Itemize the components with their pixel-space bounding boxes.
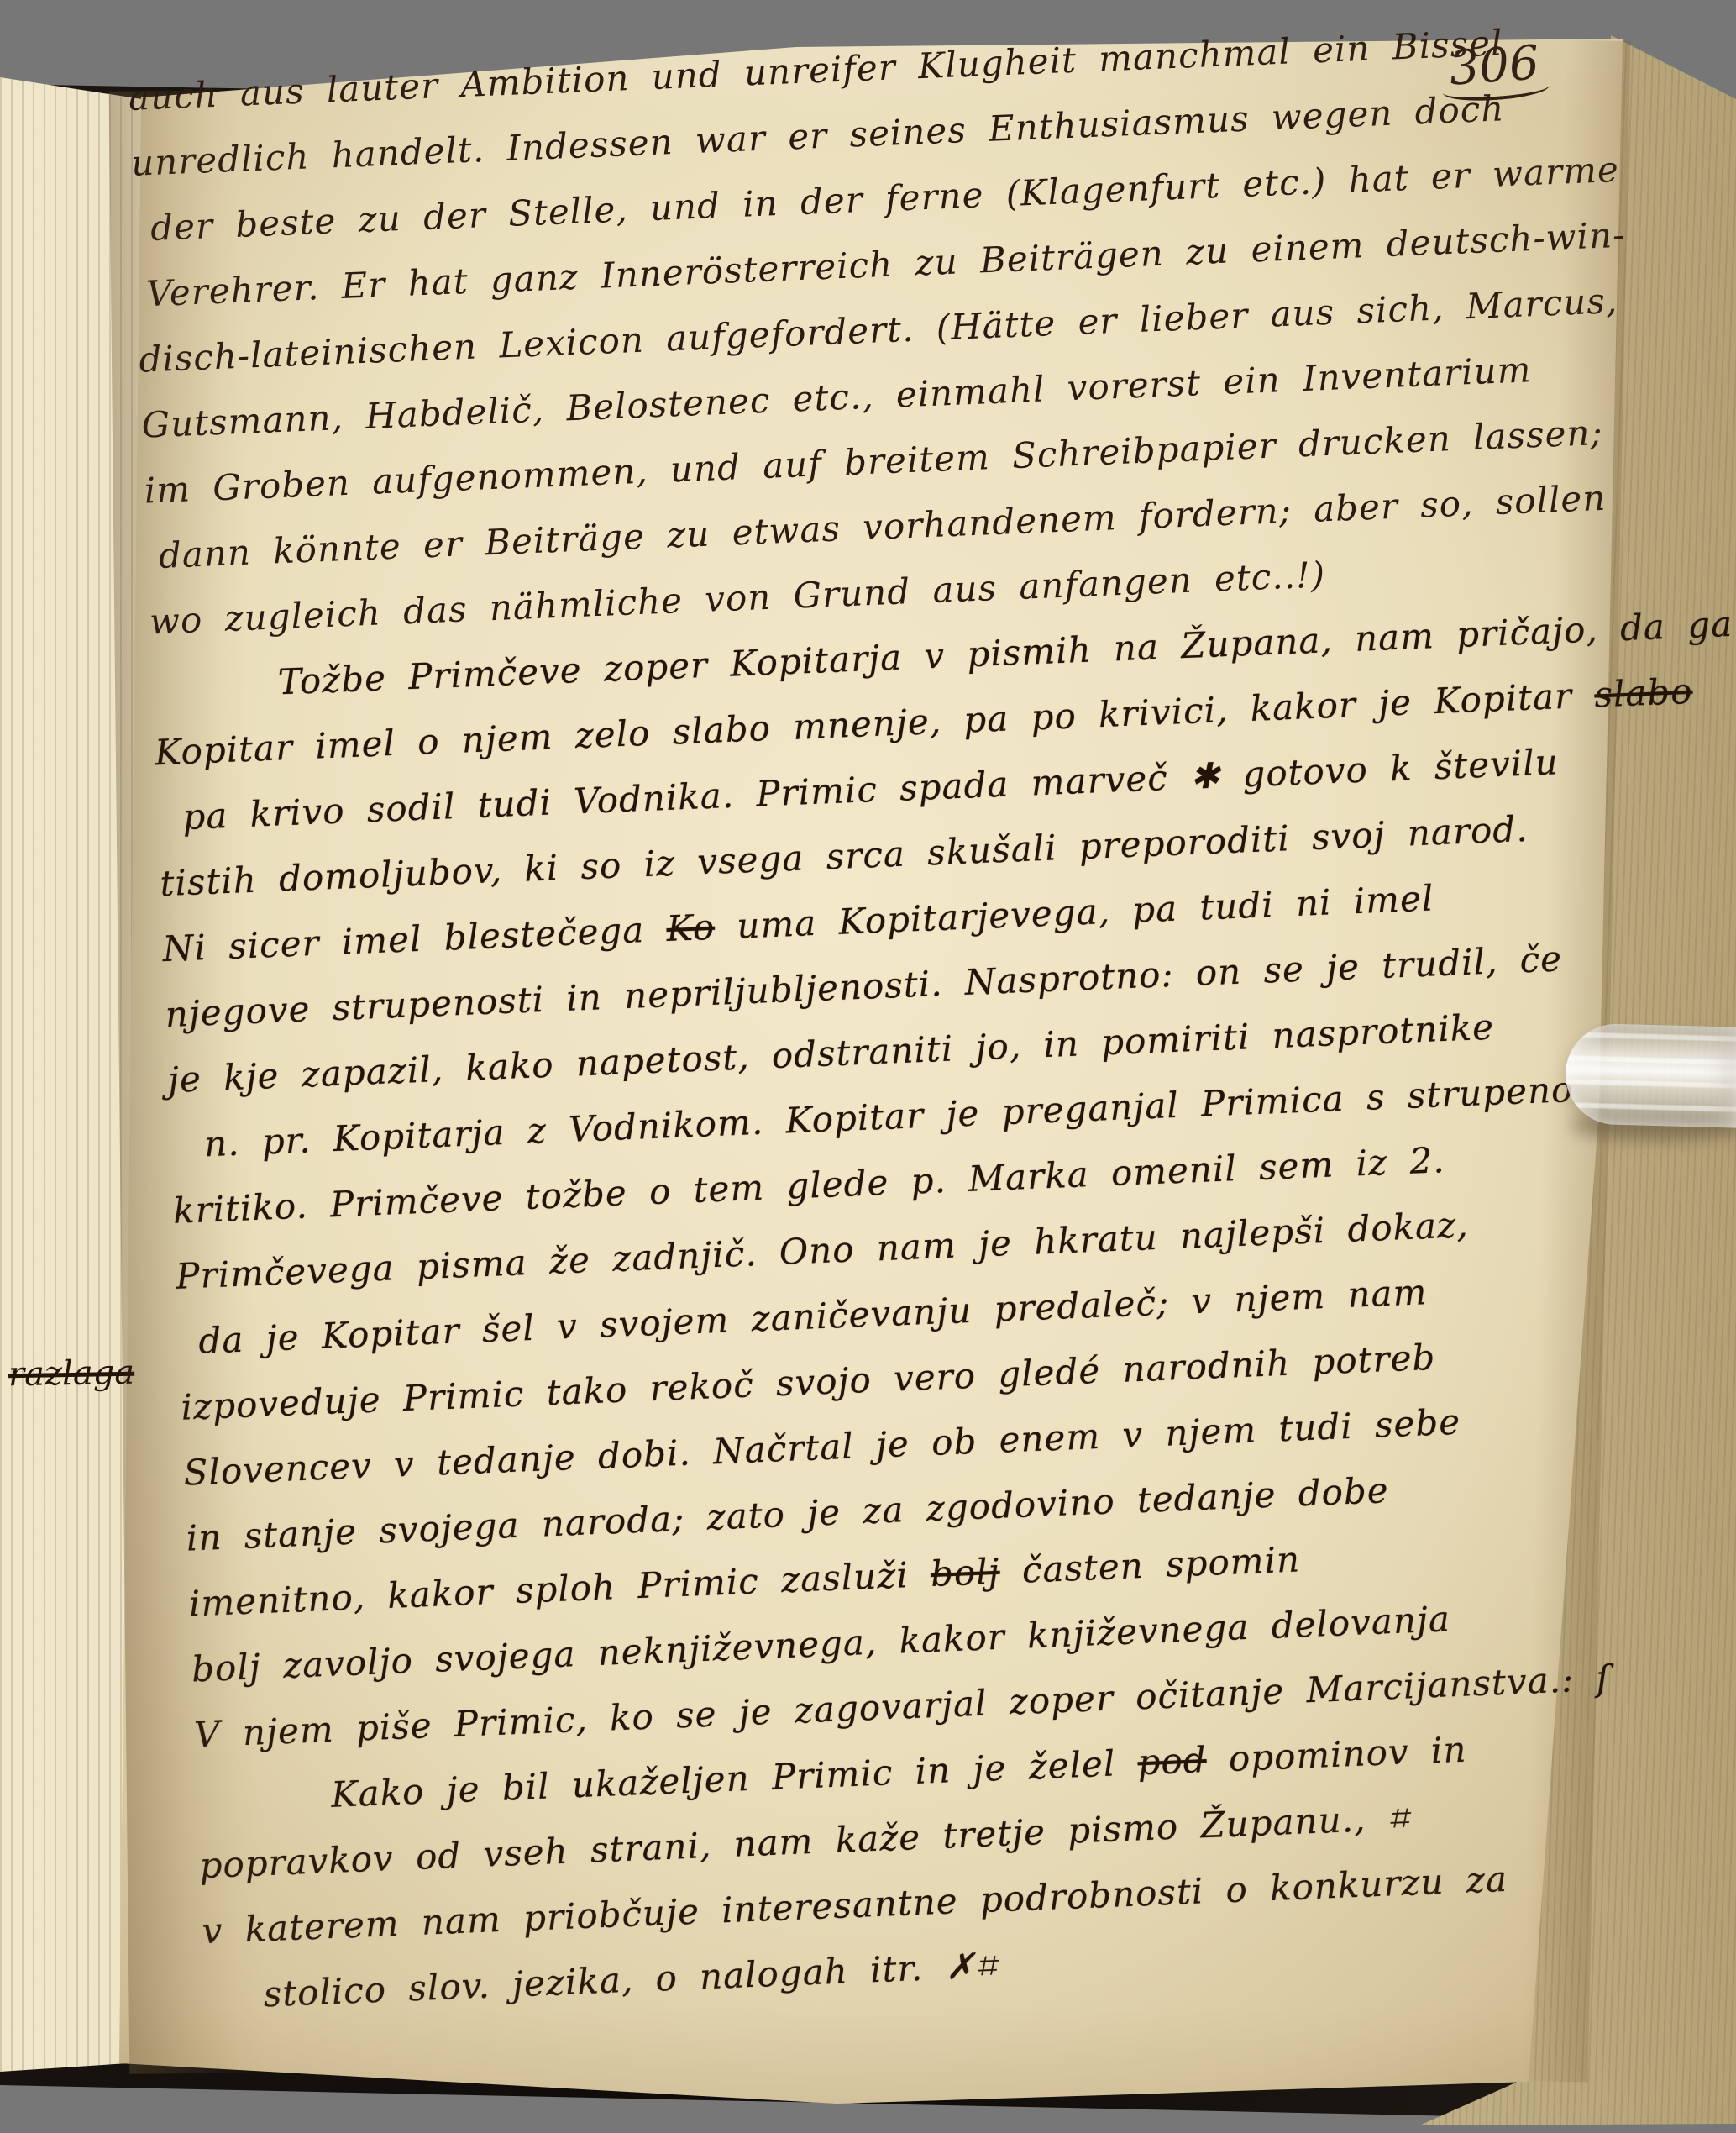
struck-word: pod	[1137, 1739, 1208, 1783]
glass-page-weight	[1564, 1022, 1736, 1127]
struck-word: Ko	[666, 906, 716, 949]
interlinear-struck-word: razlaga	[8, 1353, 135, 1395]
struck-word: slabo	[1593, 670, 1693, 716]
struck-word: bolj	[930, 1551, 1001, 1594]
handwritten-text: auch aus lauter Ambition und unreifer Kl…	[128, 18, 1700, 2042]
photograph-of-manuscript: 306 auch aus lauter Ambition und unreife…	[0, 0, 1736, 2133]
